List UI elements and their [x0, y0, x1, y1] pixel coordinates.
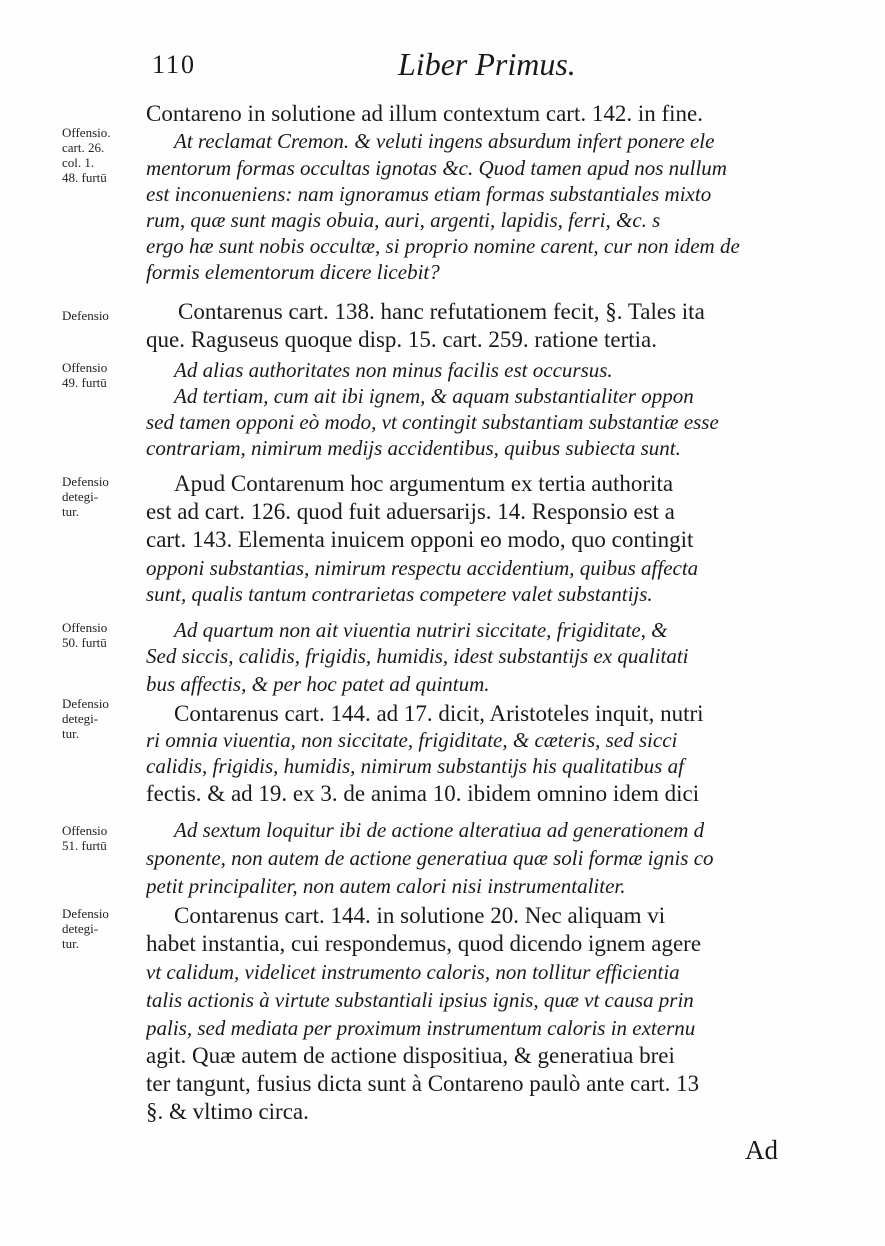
- text-line: habet instantia, cui respondemus, quod d…: [146, 930, 885, 958]
- text-line: Contarenus cart. 138. hanc refutationem …: [146, 298, 885, 326]
- text-line: vt calidum, videlicet instrumento calori…: [146, 958, 885, 986]
- text-line: formis elementorum dicere licebit?: [146, 258, 885, 286]
- margin-note: Defensio detegi- tur.: [62, 906, 109, 951]
- text-line: est ad cart. 126. quod fuit aduersarijs.…: [146, 498, 885, 526]
- text-line: que. Raguseus quoque disp. 15. cart. 259…: [146, 326, 885, 354]
- margin-note: Defensio detegi- tur.: [62, 696, 109, 741]
- document-page: 110 Liber Primus. Contareno in solutione…: [0, 0, 885, 1246]
- text-line: sed tamen opponi eò modo, vt contingit s…: [146, 408, 885, 436]
- text-line: Contarenus cart. 144. in solutione 20. N…: [146, 902, 885, 930]
- text-line: contrariam, nimirum medijs accidentibus,…: [146, 434, 885, 462]
- margin-note: Offensio 50. furtū: [62, 620, 107, 650]
- text-line: cart. 143. Elementa inuicem opponi eo mo…: [146, 526, 885, 554]
- text-line: Ad alias authoritates non minus facilis …: [146, 356, 885, 384]
- text-line: Contarenus cart. 144. ad 17. dicit, Aris…: [146, 700, 885, 728]
- text-line: Contareno in solutione ad illum contextu…: [146, 100, 885, 128]
- text-line: Apud Contarenum hoc argumentum ex tertia…: [146, 470, 885, 498]
- text-line: agit. Quæ autem de actione dispositiua, …: [146, 1042, 885, 1070]
- text-line: sunt, qualis tantum contrarietas compete…: [146, 580, 885, 608]
- text-line: Ad tertiam, cum ait ibi ignem, & aquam s…: [146, 382, 885, 410]
- text-line: At reclamat Cremon. & veluti ingens absu…: [146, 127, 885, 155]
- text-line: ri omnia viuentia, non siccitate, frigid…: [146, 726, 885, 754]
- text-line: §. & vltimo circa.: [146, 1098, 885, 1126]
- text-line: sponente, non autem de actione generatiu…: [146, 844, 885, 872]
- margin-note: Offensio 51. furtū: [62, 823, 107, 853]
- text-line: Sed siccis, calidis, frigidis, humidis, …: [146, 642, 885, 670]
- margin-note: Defensio: [62, 308, 109, 323]
- text-line: palis, sed mediata per proximum instrume…: [146, 1014, 885, 1042]
- text-line: calidis, frigidis, humidis, nimirum subs…: [146, 752, 885, 780]
- margin-note: Defensio detegi- tur.: [62, 474, 109, 519]
- margin-note: Offensio 49. furtū: [62, 360, 107, 390]
- text-line: ergo hæ sunt nobis occultæ, si proprio n…: [146, 232, 885, 260]
- text-line: bus affectis, & per hoc patet ad quintum…: [146, 670, 885, 698]
- text-line: fectis. & ad 19. ex 3. de anima 10. ibid…: [146, 780, 885, 808]
- text-line: Ad quartum non ait viuentia nutriri sicc…: [146, 616, 885, 644]
- text-line: petit principaliter, non autem calori ni…: [146, 872, 885, 900]
- catchword: Ad: [745, 1135, 778, 1166]
- text-line: talis actionis à virtute substantiali ip…: [146, 986, 885, 1014]
- text-line: est inconueniens: nam ignoramus etiam fo…: [146, 180, 885, 208]
- text-line: ter tangunt, fusius dicta sunt à Contare…: [146, 1070, 885, 1098]
- page-number: 110: [152, 50, 196, 80]
- margin-note: Offensio. cart. 26. col. 1. 48. furtū: [62, 125, 111, 185]
- text-line: rum, quæ sunt magis obuia, auri, argenti…: [146, 206, 885, 234]
- text-line: opponi substantias, nimirum respectu acc…: [146, 554, 885, 582]
- text-line: mentorum formas occultas ignotas &c. Quo…: [146, 154, 885, 182]
- running-head: Liber Primus.: [398, 46, 576, 83]
- text-line: Ad sextum loquitur ibi de actione altera…: [146, 816, 885, 844]
